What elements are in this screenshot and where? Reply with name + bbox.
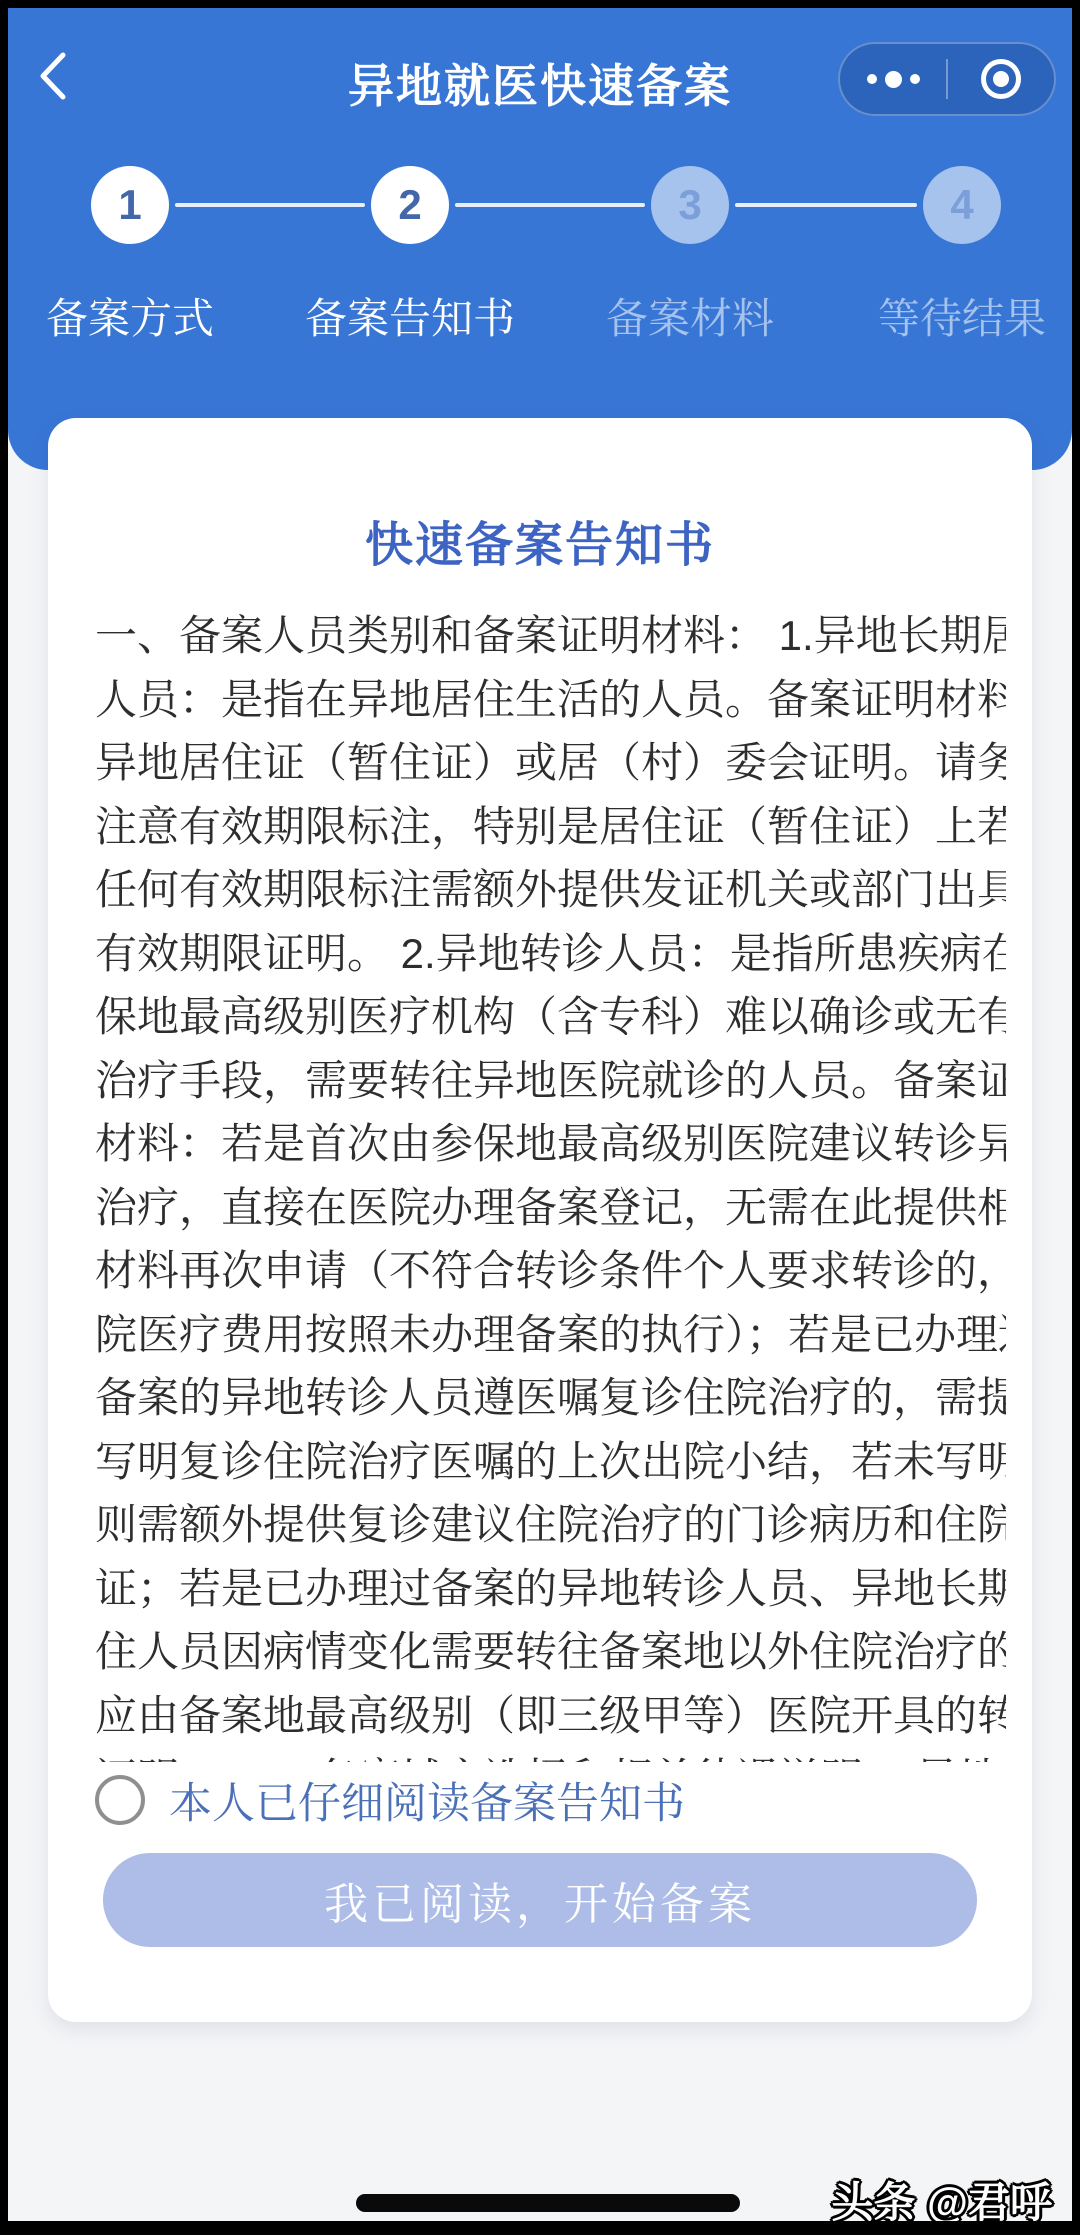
ellipsis-dot-icon bbox=[910, 74, 920, 84]
notice-line: 写明复诊住院治疗医嘱的上次出院小结，若未写明， bbox=[95, 1430, 1006, 1494]
notice-line: 保地最高级别医疗机构（含专科）难以确诊或无有效 bbox=[95, 985, 1006, 1049]
notice-line: 注意有效期限标注，特别是居住证（暂住证）上若无 bbox=[95, 795, 1006, 859]
screenshot-frame: 异地就医快速备案 1 bbox=[0, 0, 1080, 2235]
page-header: 异地就医快速备案 1 bbox=[8, 8, 1072, 470]
notice-line: 备案的异地转诊人员遵医嘱复诊住院治疗的，需提供 bbox=[95, 1366, 1006, 1430]
agreement-checkbox[interactable] bbox=[95, 1775, 145, 1825]
notice-line: 人员：是指在异地居住生活的人员。备案证明材料： bbox=[95, 668, 1006, 732]
target-circle-icon bbox=[981, 59, 1021, 99]
notice-scroll-area[interactable]: 一、备案人员类别和备案证明材料： 1.异地长期居住 人员：是指在异地居住生活的人… bbox=[95, 604, 1006, 1763]
notice-line: 一、备案人员类别和备案证明材料： 1.异地长期居住 bbox=[95, 604, 1006, 668]
notice-title: 快速备案告知书 bbox=[48, 506, 1032, 575]
notice-line: 院医疗费用按照未办理备案的执行）；若是已办理过 bbox=[95, 1303, 1006, 1367]
start-filing-button[interactable]: 我已阅读，开始备案 bbox=[103, 1853, 977, 1947]
notice-line: 应由备案地最高级别（即三级甲等）医院开具的转诊 bbox=[95, 1684, 1006, 1748]
notice-line: 治疗，直接在医院办理备案登记，无需在此提供相关 bbox=[95, 1176, 1006, 1240]
step-label-materials: 备案材料 bbox=[606, 286, 774, 346]
notice-card: 快速备案告知书 一、备案人员类别和备案证明材料： 1.异地长期居住 人员：是指在… bbox=[48, 418, 1032, 2022]
step-label-result: 等待结果 bbox=[878, 286, 1046, 346]
step-circle-2: 2 bbox=[371, 166, 449, 244]
notice-line: 异地居住证（暂住证）或居（村）委会证明。请务必 bbox=[95, 731, 1006, 795]
notice-line: 有效期限证明。 2.异地转诊人员：是指所患疾病在参 bbox=[95, 922, 1006, 986]
watermark-label: 头条 @君呼 bbox=[831, 2170, 1052, 2221]
exit-button[interactable] bbox=[948, 44, 1054, 114]
agreement-label[interactable]: 本人已仔细阅读备案告知书 bbox=[169, 1770, 685, 1831]
notice-line: 证明。 二、备案城市选择和相关待遇说明： 异地 bbox=[95, 1747, 1006, 1763]
wechat-capsule bbox=[838, 42, 1056, 116]
ellipsis-dot-icon bbox=[867, 74, 877, 84]
miniprogram-page: 异地就医快速备案 1 bbox=[8, 8, 1072, 2221]
notice-line: 材料：若是首次由参保地最高级别医院建议转诊异地 bbox=[95, 1112, 1006, 1176]
step-label-filing-method: 备案方式 bbox=[46, 286, 214, 346]
step-circle-3: 3 bbox=[651, 166, 729, 244]
step-connector-1-2 bbox=[175, 203, 365, 207]
agreement-row: 本人已仔细阅读备案告知书 bbox=[95, 1762, 1006, 1838]
notice-line: 则需额外提供复诊建议住院治疗的门诊病历和住院 bbox=[95, 1493, 1006, 1557]
notice-line: 任何有效期限标注需额外提供发证机关或部门出具的 bbox=[95, 858, 1006, 922]
step-connector-2-3 bbox=[455, 203, 645, 207]
notice-line: 材料再次申请（不符合转诊条件个人要求转诊的，住 bbox=[95, 1239, 1006, 1303]
step-connector-3-4 bbox=[735, 203, 917, 207]
more-button[interactable] bbox=[840, 44, 946, 114]
step-label-notice: 备案告知书 bbox=[305, 286, 515, 346]
step-circle-1: 1 bbox=[91, 166, 169, 244]
step-circle-4: 4 bbox=[923, 166, 1001, 244]
home-indicator-bar bbox=[356, 2194, 740, 2212]
ellipsis-dot-icon bbox=[885, 71, 902, 88]
notice-line: 证；若是已办理过备案的异地转诊人员、异地长期居 bbox=[95, 1557, 1006, 1621]
notice-line: 住人员因病情变化需要转往备案地以外住院治疗的， bbox=[95, 1620, 1006, 1684]
notice-line: 治疗手段，需要转往异地医院就诊的人员。备案证明 bbox=[95, 1049, 1006, 1113]
